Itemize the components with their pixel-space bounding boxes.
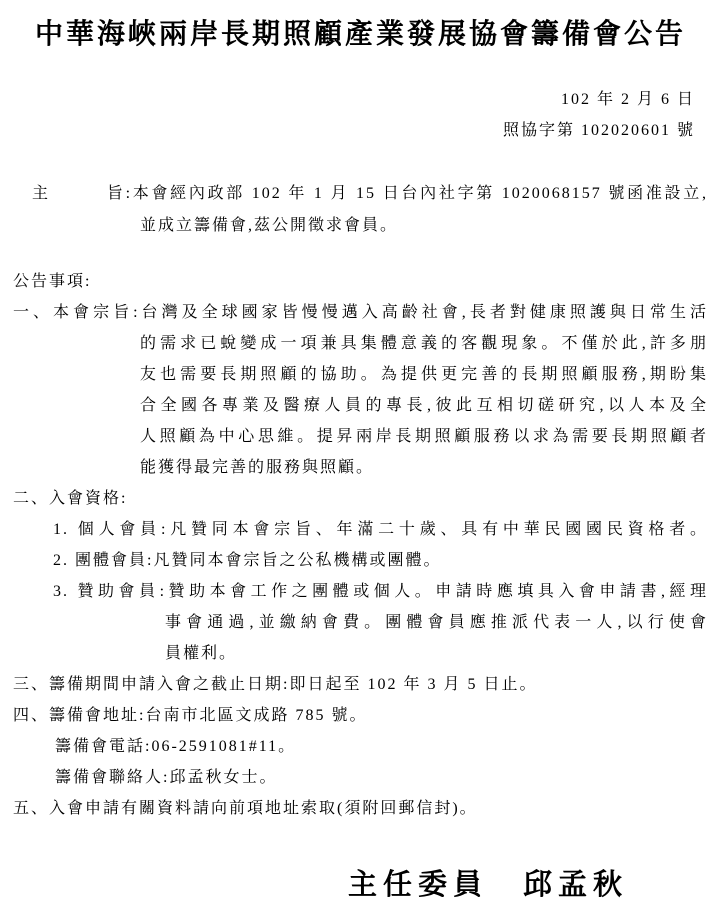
member-type-individual: 1. 個人會員:凡贊同本會宗旨、年滿二十歲、具有中華民國國民資格者。 [53,514,708,545]
item-1-purpose-line-6: 能獲得最完善的服務與照顧。 [140,452,721,483]
announcement-items-header: 公告事項: [13,266,721,297]
subject-line-1: 主 旨:本會經內政部 102 年 1 月 15 日台內社字第 102006815… [32,178,708,210]
item-4-address: 四、籌備會地址:台南市北區文成路 785 號。 [13,700,721,731]
member-type-sponsor-line-2: 事會通過,並繳納會費。團體會員應推派代表一人,以行使會 [165,607,708,638]
member-type-group: 2. 團體會員:凡贊同本會宗旨之公私機構或團體。 [53,545,721,576]
issue-date: 102 年 2 月 6 日 [503,84,695,115]
item-1-purpose-line-5: 人照顧為中心思維。提昇兩岸長期照顧服務以求為需要長期照顧者 [140,421,708,452]
item-1-purpose-line-4: 合全國各專業及醫療人員的專長,彼此互相切磋研究,以人本及全 [140,390,708,421]
subject-paragraph: 主 旨:本會經內政部 102 年 1 月 15 日台內社字第 102006815… [0,178,721,242]
item-1-purpose-line-3: 友也需要長期照顧的協助。為提供更完善的長期照顧服務,期盼集 [140,359,708,390]
signature-chairperson: 主任委員 邱孟秋 [348,862,628,903]
item-1-purpose-line-2: 的需求已蛻變成一項兼具集體意義的客觀現象。不僅於此,許多朋 [140,328,708,359]
document-title: 中華海峽兩岸長期照顧產業發展協會籌備會公告 [0,12,721,52]
item-3-deadline: 三、籌備期間申請入會之截止日期:即日起至 102 年 3 月 5 日止。 [13,669,721,700]
reference-number: 照協字第 102020601 號 [503,115,695,146]
announcement-document: 中華海峽兩岸長期照顧產業發展協會籌備會公告 102 年 2 月 6 日 照協字第… [0,0,721,911]
subject-text: 本會經內政部 102 年 1 月 15 日台內社字第 1020068157 號函… [132,185,708,202]
member-type-sponsor-line-1: 3. 贊助會員:贊助本會工作之團體或個人。申請時應填具入會申請書,經理 [53,576,708,607]
announcement-body: 公告事項: 一、本會宗旨:台灣及全球國家皆慢慢邁入高齡社會,長者對健康照護與日常… [0,266,721,824]
subject-line-2: 並成立籌備會,茲公開徵求會員。 [140,210,721,242]
item-4-phone: 籌備會電話:06-2591081#11。 [55,731,721,762]
item-4-contact-person: 籌備會聯絡人:邱孟秋女士。 [55,762,721,793]
subject-label: 主 旨: [32,185,132,202]
item-1-purpose-line-1: 一、本會宗旨:台灣及全球國家皆慢慢邁入高齡社會,長者對健康照護與日常生活 [13,297,708,328]
item-5-application-info: 五、入會申請有關資料請向前項地址索取(須附回郵信封)。 [13,793,721,824]
document-meta: 102 年 2 月 6 日 照協字第 102020601 號 [503,84,695,146]
item-2-eligibility-header: 二、入會資格: [13,483,721,514]
member-type-sponsor-line-3: 員權利。 [165,638,721,669]
